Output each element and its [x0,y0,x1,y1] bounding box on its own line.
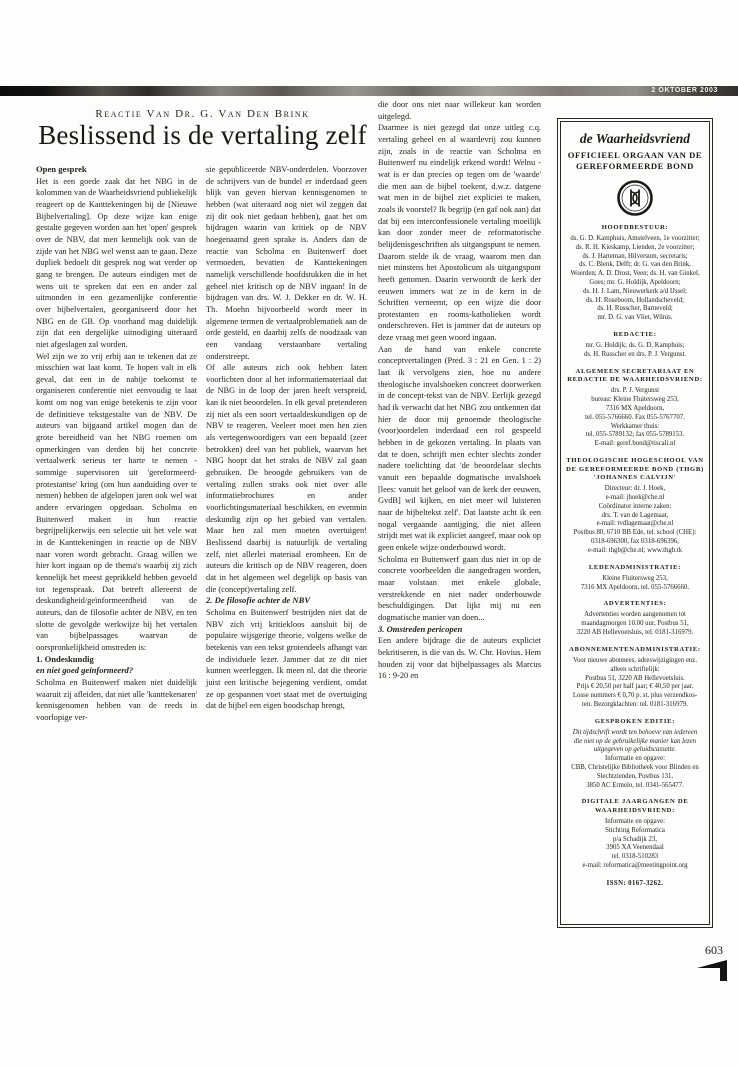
section-heading: Digitale jaargangen de Waarheidsvriend: [566,798,704,815]
colophon-line: e-mail: tvdlagemaat@che.nl [566,520,704,529]
paragraph: Scholma en Buitenwerf maken niet duideli… [36,677,197,724]
colophon-line: Woerden; A. D. Drost, Veen; ds. H. van G… [566,270,704,279]
paragraph: Daarmee is niet gezegd dat onze uitleg c… [378,122,541,343]
colophon-line: ds. H. Russcher en drs. P. J. Vergunst. [566,351,704,360]
colophon-line: ds. G. D. Kamphuis, Amstelveen, 1e voorz… [566,235,704,244]
section-heading: Redactie: [566,331,704,340]
section-lines: Advertenties worden aangenomen totmaanda… [566,611,704,637]
section-heading: Ledenadministratie: [566,564,704,573]
colophon-line: ds. J. Harteman, Hilversum, secretaris; [566,253,704,262]
colophon-line: Stichting Reformatica [566,827,704,836]
section-heading-3: 3. Omstreden pericopen [378,624,541,636]
paragraph: Een andere bijdrage die de auteurs expli… [378,635,541,682]
colophon-line: Losse nummers € 0,70 p. st. plus verzend… [566,692,704,701]
paragraph: Het is een goede zaak dat het NBG in de … [36,176,197,351]
section-lines-italic: Dit tijdschrift wordt ten behoeve van ie… [566,729,704,755]
section-heading: Algemeen secretariaat en redactie de Waa… [566,368,704,385]
corner-crop-mark-icon [697,958,727,983]
colophon-line: Advertenties worden aangenomen tot [566,611,704,620]
section-heading: Hoofdbestuur: [566,224,704,233]
colophon-line: ds. R. H. Kieskamp, Lienden, 2e voorzitt… [566,244,704,253]
colophon-line: ds. H. Russcher, Barneveld; [566,305,704,314]
paragraph: Scholma en Buitenwerf gaan dus niet in o… [378,554,541,624]
section-lines: drs. P. J. Vergunstbureau: Kleine Fluite… [566,387,704,449]
colophon-line: Slechtzienden, Postbus 131, [566,773,704,782]
colophon-line: ds. C. Blenk, Delft; dr. G. van den Brin… [566,261,704,270]
colophon-line: tel. 055-5766660. Fax 055-5767707. [566,414,704,423]
section-lines: ds. G. D. Kamphuis, Amstelveen, 1e voorz… [566,235,704,323]
colophon-line: Prijs € 20,50 per half jaar; € 40,50 per… [566,683,704,692]
article-title: Beslissend is de vertaling zelf [30,120,375,151]
paragraph: Scholma en Buitenwerf bestrijden niet da… [206,607,367,712]
colophon-line: die niet op de gebruikelijke manier kan … [566,738,704,747]
colophon-line: Informatie en opgave: [566,755,704,764]
section-lines: Kleine Fluitersweg 253,7316 MX Apeldoorn… [566,575,704,593]
section-heading: Advertenties: [566,600,704,609]
section-abonnementen: Abonnementenadministratie: Voor nieuwe a… [566,646,704,710]
colophon-line: alleen schriftelijk: [566,666,704,675]
section-heading-1-line2: en niet goed geïnformeerd? [36,665,197,677]
colophon-line: tel. 055-5789132; fax 055-5789153. [566,431,704,440]
colophon-line: e-mail: jhoek@che.nl [566,494,704,503]
article-kicker: Reactie van dr. G. van den Brink [36,108,369,120]
masthead-title: de Waarheidsvriend [566,131,704,147]
article-column-1: Open gesprek Het is een goede zaak dat h… [36,164,197,992]
colophon-line: 0318-696300, fax 0318-696396, [566,538,704,547]
section-redactie: Redactie: mr. G. Holdijk; ds. G. D. Kamp… [566,331,704,360]
colophon-line: ds. H. J. Lam, Nieuwerkerk a/d IJssel; [566,288,704,297]
colophon-line: ten. Bezorgklachten: tel. 0181-316979. [566,701,704,710]
colophon-line: Kleine Fluitersweg 253, [566,575,704,584]
colophon-line: mr. D. G. van Vliet, Wilnis. [566,314,704,323]
issn-number: ISSN: 0167-3262. [566,880,704,887]
paragraph: Wel zijn we zo vrij erbij aan te tekenen… [36,351,197,654]
colophon-line: Dit tijdschrift wordt ten behoeve van ie… [566,729,704,738]
page-number: 603 [705,943,723,958]
issue-date: 2 OKTOBER 2003 [651,86,718,96]
article-column-3: die door ons niet naar willekeur kan wor… [378,99,541,992]
colophon-line: CBB, Christelijke Bibliotheek voor Blind… [566,764,704,773]
header-rule-bar: 2 OKTOBER 2003 [0,86,738,96]
colophon-line: 7316 MX Apeldoorn, tel. 055-5766660. [566,584,704,593]
colophon-line: Postbus 80, 6710 BB Ede, tel. school (CH… [566,529,704,538]
section-hoofdbestuur: Hoofdbestuur: ds. G. D. Kamphuis, Amstel… [566,224,704,323]
colophon-line: maandagmorgen 10.00 uur, Postbus 51, [566,620,704,629]
colophon-line: Directeur: dr. J. Hoek, [566,485,704,494]
colophon-line: Werkkamer thuis: [566,423,704,432]
section-heading: Theologische Hogeschool van de Gereforme… [566,457,704,483]
section-gesproken-editie: Gesproken editie: Dit tijdschrift wordt … [566,718,704,791]
colophon-line: e-mail: thgb@che.nl; www.thgb.tk [566,547,704,556]
colophon-line: drs. P. J. Vergunst [566,387,704,396]
section-ledenadministratie: Ledenadministratie: Kleine Fluitersweg 2… [566,564,704,593]
section-heading: Gesproken editie: [566,718,704,727]
colophon-line: bureau: Kleine Fluitersweg 253, [566,396,704,405]
gereformeerde-bond-seal-icon [617,180,653,216]
section-lines: Informatie en opgave:CBB, Christelijke B… [566,755,704,790]
paragraph: die door ons niet naar willekeur kan wor… [378,99,541,122]
section-secretariaat: Algemeen secretariaat en redactie de Waa… [566,368,704,449]
article-column-2: sie gepubliceerde NBV-onderdelen. Voorzo… [206,164,367,992]
section-heading-open-gesprek: Open gesprek [36,164,197,176]
colophon-inner-border: de Waarheidsvriend Officieel orgaan van … [560,121,710,925]
colophon-line: 7316 MX Apeldoorn, [566,405,704,414]
paragraph: Aan de hand van enkele concrete conceptv… [378,344,541,554]
section-hogeschool: Theologische Hogeschool van de Gereforme… [566,457,704,556]
colophon-line: uitgegeven op geluidscassette. [566,746,704,755]
section-lines: Voor nieuwe abonnees, adreswijzigingen e… [566,657,704,710]
section-advertenties: Advertenties: Advertenties worden aangen… [566,600,704,637]
paragraph: sie gepubliceerde NBV-onderdelen. Voorzo… [206,164,367,362]
section-heading-1-line1: 1. Ondeskundig [36,654,197,666]
colophon-line: Voor nieuwe abonnees, adreswijzigingen e… [566,657,704,666]
section-lines: mr. G. Holdijk; ds. G. D. Kamphuis;ds. H… [566,342,704,360]
colophon-line: 3905 XA Veenendaal [566,844,704,853]
colophon-line: E-mail: geref.bond@tiscali.nl [566,440,704,449]
colophon-box: de Waarheidsvriend Officieel orgaan van … [557,118,713,928]
colophon-line: p/a Schadijk 23, [566,836,704,845]
colophon-line: 3220 AB Hellevoetsluis, tel. 0181-316979… [566,629,704,638]
paragraph: Of alle auteurs zich ook hebben laten vo… [206,362,367,595]
colophon-line: ds. H. Roseboom, Hollandscheveld; [566,297,704,306]
section-lines: Directeur: dr. J. Hoek,e-mail: jhoek@che… [566,485,704,555]
section-heading: Abonnementenadministratie: [566,646,704,655]
colophon-line: 3850 AC Ermelo, tel. 0341-565477. [566,782,704,791]
colophon-line: Postbus 51, 3220 AB Hellevoetsluis. [566,675,704,684]
section-digitale-jaargangen: Digitale jaargangen de Waarheidsvriend: … [566,798,704,870]
colophon-line: mr. G. Holdijk; ds. G. D. Kamphuis; [566,342,704,351]
colophon-line: drs. T. van de Lagemaat, [566,512,704,521]
colophon-line: Coördinator interne zaken: [566,503,704,512]
section-heading-2: 2. De filosofie achter de NBV [206,595,367,607]
colophon-line: Goes; mr. G. Holdijk, Apeldoorn; [566,279,704,288]
section-lines: Informatie en opgave:Stichting Reformati… [566,818,704,871]
colophon-line: tel. 0318-510283 [566,853,704,862]
colophon-line: e-mail: reformatica@meetingpoint.org [566,862,704,871]
scanned-magazine-page: { "page": { "issue_date": "2 OKTOBER 200… [0,0,738,1068]
colophon-line: Informatie en opgave: [566,818,704,827]
masthead-subtitle: Officieel orgaan van de Gereformeerde Bo… [566,150,704,172]
